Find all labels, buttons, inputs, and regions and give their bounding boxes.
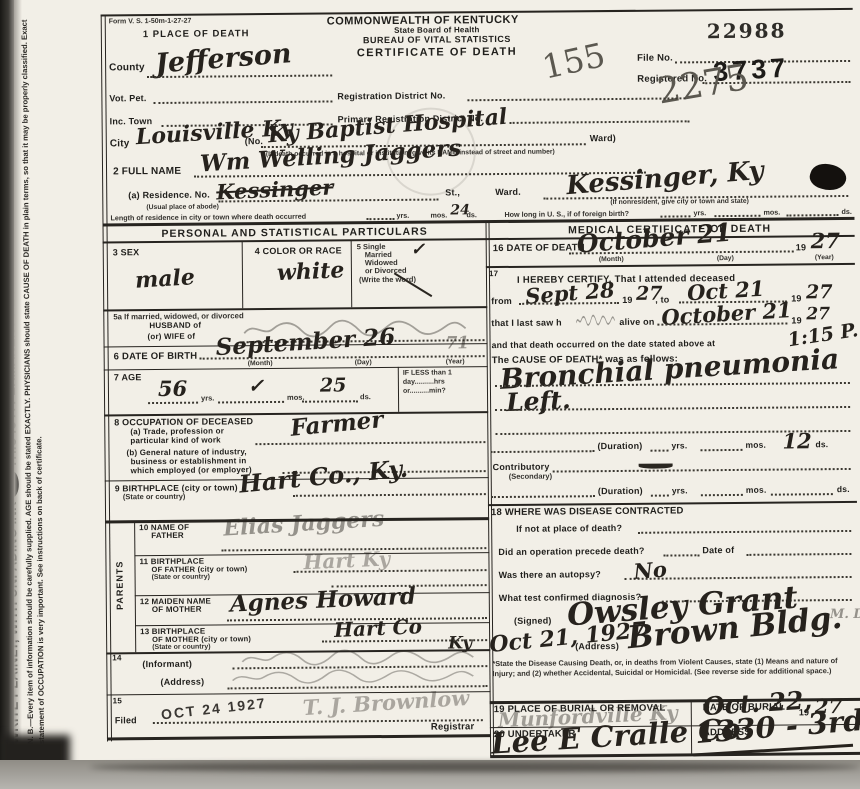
section-1-place-of-death: 1 PLACE OF DEATH <box>143 29 250 40</box>
yrs-token: yrs. <box>693 209 706 217</box>
scan-bottom-streak <box>90 762 860 772</box>
dotted-line <box>293 493 486 497</box>
dotted-line <box>553 468 851 473</box>
mos-token: mos. <box>745 441 766 451</box>
ward-value-handwriting: Kessinger, Ky <box>565 158 764 199</box>
cell-divider <box>351 240 353 307</box>
last-saw-year-handwriting: 27 <box>806 306 830 323</box>
bureau-title: BUREAU OF VITAL STATISTICS <box>327 35 547 47</box>
registration-district-label: Registration District No. <box>337 91 445 102</box>
operation-question: Did an operation precede death? <box>498 547 644 558</box>
signature-date-handwriting: Oct 21, 1927 <box>488 619 647 656</box>
father-name-handwriting: Elias Jaggers <box>223 508 385 540</box>
printed-19: 19 <box>791 294 802 304</box>
if-less-line-2: day..........hrs <box>403 378 445 386</box>
if-less-line-3: or..........min? <box>403 387 446 395</box>
day-caption: (Day) <box>355 359 372 367</box>
printed-19: 19 <box>622 296 633 306</box>
faint-circular-blot <box>385 107 476 196</box>
yrs-token: yrs. <box>201 395 214 403</box>
year-caption: (Year) <box>446 358 465 366</box>
mos-token: mos. <box>746 486 767 496</box>
dotted-line <box>714 215 760 217</box>
parents-cell-divider <box>134 522 136 652</box>
dotted-line <box>510 120 690 124</box>
residence-label: (a) Residence. No. <box>128 191 210 202</box>
age-months-checkmark: ✓ <box>248 377 264 396</box>
sex-value-handwriting: male <box>134 266 195 292</box>
dotted-line <box>467 97 685 101</box>
dotted-line <box>366 218 394 220</box>
mother-maiden-handwriting: Agnes Howard <box>229 585 416 616</box>
if-less-line-1: IF LESS than 1 <box>403 369 452 377</box>
day-caption: (Day) <box>717 255 734 263</box>
residence-value-struck: Kessinger <box>216 176 334 202</box>
ds-token: ds. <box>815 440 828 449</box>
secondary-label: (Secondary) <box>509 473 552 482</box>
parents-side-label: PARENTS <box>115 545 126 625</box>
dotted-line <box>490 450 594 453</box>
ward-close-label: Ward) <box>590 134 616 144</box>
ds-token: ds. <box>841 208 851 216</box>
mother-birthplace-label-3: (State or country) <box>152 644 210 652</box>
father-birthplace-label-3: (State or country) <box>152 574 210 582</box>
rule <box>103 306 487 311</box>
pencil-number-2275: 2275 <box>655 60 751 111</box>
ds-token: ds. <box>466 211 476 219</box>
not-at-place-question: If not at place of death? <box>516 524 622 535</box>
scan-left-edge-fade <box>14 0 22 789</box>
mos-token: mos. <box>763 209 780 217</box>
autopsy-question: Was there an autopsy? <box>499 570 601 581</box>
dotted-line <box>746 553 851 556</box>
to-year-handwriting: 27 <box>806 283 833 302</box>
occupation-value-handwriting: Farmer <box>289 408 384 440</box>
race-value-handwriting: white <box>276 259 344 284</box>
disease-contracted-label: 18 WHERE WAS DISEASE CONTRACTED <box>491 506 684 518</box>
death-year-handwriting: 27 <box>811 230 840 251</box>
certificate-title: CERTIFICATE OF DEATH <box>327 46 547 60</box>
physician-address-label: (Address) <box>575 642 619 652</box>
father-birthplace-handwriting: Hart Ky <box>303 548 390 572</box>
file-number-stamp: 22988 <box>707 21 787 42</box>
form-number: Form V. S. 1-50m-1-27-27 <box>109 18 192 26</box>
file-no-label: File No. <box>637 53 673 64</box>
yrs-token: yrs. <box>396 212 409 220</box>
alive-on-label: alive on <box>619 318 654 328</box>
dotted-line <box>651 495 669 497</box>
left-column-bottom-border <box>107 734 491 740</box>
city-label: City <box>110 138 130 149</box>
ds-token: ds. <box>360 393 371 401</box>
dotted-line <box>302 400 358 402</box>
husband-of-label: HUSBAND of <box>149 322 201 331</box>
informant-address-label: (Address) <box>160 678 204 688</box>
dotted-line <box>700 449 742 451</box>
cause-footnote: *State the Disease Causing Death, or, in… <box>492 656 854 678</box>
duration-label-2: (Duration) <box>598 487 643 497</box>
occupation-a2: particular kind of work <box>130 436 220 446</box>
street-label: St., <box>445 188 460 198</box>
pen-stroke <box>639 464 673 469</box>
death-occurred-label: and that death occurred on the date stat… <box>492 339 716 351</box>
ink-blot <box>807 159 849 195</box>
dotted-line <box>148 402 198 404</box>
cell-divider <box>398 367 399 412</box>
county-value-handwriting: Jefferson <box>154 40 292 78</box>
dotted-line <box>519 302 619 305</box>
year-caption: (Year) <box>815 254 834 262</box>
last-saw-label: that I last saw h <box>491 318 562 329</box>
dotted-line <box>218 401 284 404</box>
illegible-handwriting <box>237 647 477 667</box>
father-name-label-2: FATHER <box>151 532 184 541</box>
age-days-handwriting: 25 <box>320 376 347 395</box>
informant-number: 14 <box>112 654 121 663</box>
nonresident-note: (If nonresident, give city or town and s… <box>610 198 749 207</box>
death-certificate-form: WRITE PLAINLY, WITH UNFADING INK THIS IS… <box>0 0 860 789</box>
date-of-birth-label: 6 DATE OF BIRTH <box>114 352 198 363</box>
dotted-line <box>294 569 487 573</box>
age-label: 7 AGE <box>114 373 142 383</box>
registrar-label: Registrar <box>431 722 475 733</box>
filed-number: 15 <box>113 697 122 706</box>
dotted-line <box>638 530 851 534</box>
birthplace-value-handwriting: Hart Co., Ky. <box>238 456 409 496</box>
rule <box>486 263 855 268</box>
dotted-line <box>771 493 833 496</box>
certify-number: 17 <box>489 270 498 279</box>
mos-token: mos. <box>430 211 447 219</box>
birthplace-sub-label: (State or country) <box>123 493 186 502</box>
mother-birthplace-handwriting: Hart Co <box>334 616 423 640</box>
length-residence-label: Length of residence in city or town wher… <box>110 213 306 223</box>
scan-left-edge <box>0 0 14 789</box>
dotted-line <box>660 215 690 217</box>
signed-label: (Signed) <box>514 617 552 627</box>
dotted-line <box>147 74 332 78</box>
duration-label: (Duration) <box>597 442 642 452</box>
from-label: from <box>491 297 512 307</box>
filed-date-stamp: OCT 24 1927 <box>160 696 267 722</box>
ds-token: ds. <box>837 485 850 494</box>
printed-19: 19 <box>796 243 807 253</box>
color-race-label: 4 COLOR OR RACE <box>255 246 342 257</box>
sex-label: 3 SEX <box>113 248 140 258</box>
married-checkmark: ✓ <box>411 242 425 259</box>
mother-maiden-label-2: OF MOTHER <box>152 606 202 615</box>
dotted-line <box>491 495 595 498</box>
dotted-line <box>701 494 743 496</box>
us-length-label: How long in U. S., if of foreign birth? <box>504 210 629 219</box>
duration-days-handwriting: 12 <box>782 430 811 451</box>
age-years-handwriting: 56 <box>158 378 187 399</box>
autopsy-answer-handwriting: No <box>633 558 668 582</box>
illegible-handwriting <box>575 314 615 326</box>
full-name-label: 2 FULL NAME <box>113 166 181 178</box>
county-label: County <box>109 62 145 73</box>
printed-19: 19 <box>791 316 802 326</box>
dotted-line <box>255 441 485 445</box>
yrs-token: yrs. <box>671 441 687 450</box>
dob-year-handwriting: 71 <box>445 335 469 352</box>
wife-of-label: (or) WIFE of <box>147 333 195 342</box>
dotted-line <box>650 450 668 452</box>
pencil-number-155: 155 <box>539 38 608 84</box>
yrs-token: yrs. <box>672 486 688 495</box>
occupation-b3: which employed (or employer) <box>131 466 252 476</box>
ward-label: Ward. <box>495 188 521 198</box>
illegible-handwriting <box>227 667 477 685</box>
filed-label: Filed <box>115 716 137 726</box>
rule <box>135 622 490 626</box>
cell-divider <box>242 241 244 308</box>
dotted-line <box>663 554 699 556</box>
date-of-label: Date of <box>702 546 734 556</box>
informant-label: (Informant) <box>142 660 192 670</box>
margin-note: N. B.—Every item of information should b… <box>20 18 48 744</box>
month-caption: (Month) <box>248 360 273 368</box>
cause-of-death-line2-handwriting: Left. <box>506 387 572 415</box>
abode-note: (Usual place of abode) <box>146 203 219 211</box>
dotted-line <box>153 100 332 104</box>
vot-pet-label: Vot. Pet. <box>109 94 146 104</box>
month-caption: (Month) <box>599 256 624 264</box>
